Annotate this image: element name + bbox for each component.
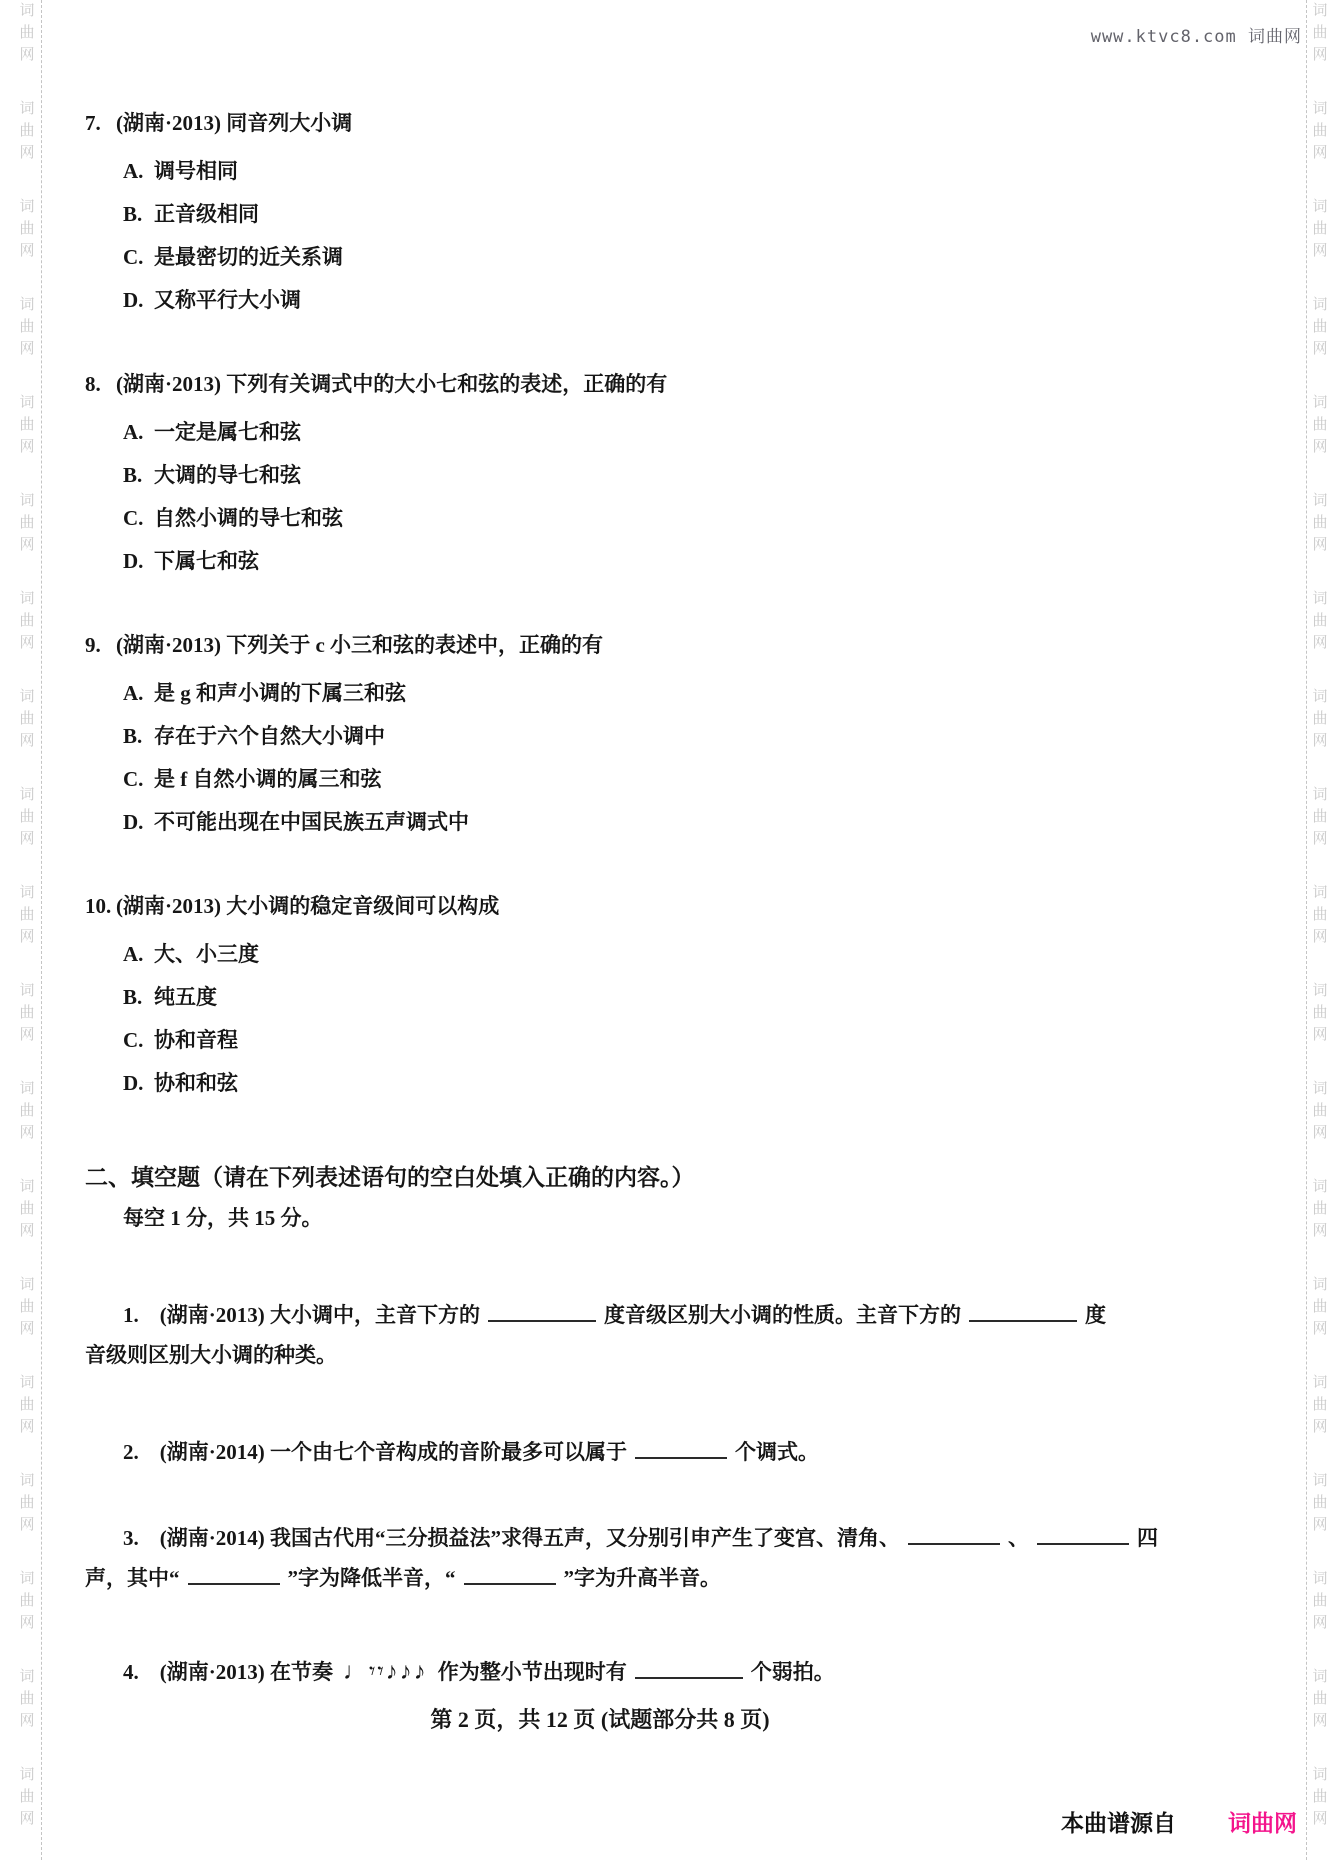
option-text: 调号相同 bbox=[154, 159, 238, 183]
watermark-char: 曲 bbox=[1312, 1492, 1327, 1514]
watermark-char: 词 bbox=[19, 392, 34, 414]
option-a: A.调号相同 bbox=[85, 156, 1301, 186]
blank-field bbox=[969, 1298, 1077, 1322]
option-b: B.纯五度 bbox=[85, 982, 1301, 1012]
watermark-char: 曲 bbox=[1312, 120, 1327, 142]
watermark-char: 曲 bbox=[19, 1198, 34, 1220]
option-text: 是最密切的近关系调 bbox=[154, 245, 343, 269]
question-text: (湖南·2013) 下列关于 c 小三和弦的表述中，正确的有 bbox=[116, 633, 603, 657]
watermark-char: 词 bbox=[1312, 392, 1327, 414]
blank-field bbox=[464, 1561, 556, 1585]
watermark-char: 曲 bbox=[19, 1786, 34, 1808]
question-stem: 10.(湖南·2013) 大小调的稳定音级间可以构成 bbox=[85, 891, 1301, 921]
watermark-char: 曲 bbox=[19, 610, 34, 632]
option-text: 大调的导七和弦 bbox=[154, 463, 301, 487]
watermark-char: 曲 bbox=[1312, 1002, 1327, 1024]
fill-text: 个弱拍。 bbox=[751, 1660, 835, 1684]
option-label: B. bbox=[123, 460, 154, 490]
watermark-char: 曲 bbox=[19, 512, 34, 534]
watermark-char: 曲 bbox=[1312, 610, 1327, 632]
watermark-char: 曲 bbox=[19, 218, 34, 240]
watermark-char: 词 bbox=[1312, 1372, 1327, 1394]
watermark-char: 网 bbox=[19, 436, 34, 458]
watermark-char: 网 bbox=[1312, 1024, 1327, 1046]
watermark-char: 网 bbox=[1312, 926, 1327, 948]
watermark-char: 网 bbox=[1312, 632, 1327, 654]
option-text: 是 f 自然小调的属三和弦 bbox=[154, 767, 382, 791]
option-label: C. bbox=[123, 1025, 154, 1055]
watermark-char: 词 bbox=[19, 1568, 34, 1590]
watermark-char: 词 bbox=[19, 1666, 34, 1688]
fill-text: 个调式。 bbox=[735, 1440, 819, 1464]
fill-question-3: 3. (湖南·2014) 我国古代用“三分损益法”求得五声，又分别引申产生了变宫… bbox=[85, 1518, 1301, 1598]
watermark-char: 词 bbox=[1312, 686, 1327, 708]
watermark-char: 曲 bbox=[19, 806, 34, 828]
watermark-char: 网 bbox=[1312, 338, 1327, 360]
fill-question-4: 4. (湖南·2013) 在节奏♩𝄾𝄾♪♪♪作为整小节出现时有个弱拍。 bbox=[85, 1652, 1301, 1692]
watermark-char: 网 bbox=[1312, 436, 1327, 458]
watermark-char: 网 bbox=[1312, 1514, 1327, 1536]
question-number: 10. bbox=[85, 891, 116, 921]
watermark-char: 网 bbox=[1312, 730, 1327, 752]
right-watermark-column: 词曲网词曲网词曲网词曲网词曲网词曲网词曲网词曲网词曲网词曲网词曲网词曲网词曲网词… bbox=[1310, 0, 1330, 1860]
fill-section-note: 每空 1 分，共 15 分。 bbox=[85, 1203, 1301, 1233]
watermark-char: 词 bbox=[19, 98, 34, 120]
watermark-char: 网 bbox=[1312, 828, 1327, 850]
question-number: 9. bbox=[85, 630, 116, 660]
page-number-footer: 第 2 页，共 12 页 (试题部分共 8 页) bbox=[85, 1704, 1115, 1736]
option-text: 自然小调的导七和弦 bbox=[154, 506, 343, 530]
option-label: D. bbox=[123, 546, 154, 576]
watermark-char: 曲 bbox=[1312, 512, 1327, 534]
brand-logo-text: 词曲网 bbox=[1228, 1810, 1297, 1836]
option-label: A. bbox=[123, 678, 154, 708]
watermark-char: 曲 bbox=[19, 708, 34, 730]
watermark-char: 网 bbox=[19, 44, 34, 66]
watermark-char: 词 bbox=[1312, 1176, 1327, 1198]
watermark-char: 网 bbox=[19, 1024, 34, 1046]
question-text: (湖南·2013) 下列有关调式中的大小七和弦的表述，正确的有 bbox=[116, 372, 667, 396]
fill-question-line: 音级则区别大小调的种类。 bbox=[85, 1335, 1301, 1375]
watermark-char: 词 bbox=[19, 784, 34, 806]
watermark-char: 词 bbox=[1312, 1470, 1327, 1492]
watermark-char: 词 bbox=[19, 980, 34, 1002]
option-a: A.一定是属七和弦 bbox=[85, 417, 1301, 447]
option-text: 协和和弦 bbox=[154, 1071, 238, 1095]
watermark-char: 词 bbox=[1312, 588, 1327, 610]
blank-field bbox=[635, 1655, 743, 1679]
watermark-char: 词 bbox=[19, 1372, 34, 1394]
watermark-char: 网 bbox=[1312, 1318, 1327, 1340]
blank-field bbox=[488, 1298, 596, 1322]
question-8: 8.(湖南·2013) 下列有关调式中的大小七和弦的表述，正确的有 A.一定是属… bbox=[85, 369, 1301, 576]
option-label: A. bbox=[123, 156, 154, 186]
watermark-char: 曲 bbox=[1312, 806, 1327, 828]
option-c: C.自然小调的导七和弦 bbox=[85, 503, 1301, 533]
watermark-char: 网 bbox=[1312, 44, 1327, 66]
option-label: C. bbox=[123, 503, 154, 533]
watermark-char: 网 bbox=[19, 1710, 34, 1732]
question-stem: 8.(湖南·2013) 下列有关调式中的大小七和弦的表述，正确的有 bbox=[85, 369, 1301, 399]
rhythm-notation: ♩𝄾𝄾♪♪♪ bbox=[343, 1659, 428, 1685]
watermark-char: 词 bbox=[1312, 1568, 1327, 1590]
option-d: D.协和和弦 bbox=[85, 1068, 1301, 1098]
option-c: C.协和音程 bbox=[85, 1025, 1301, 1055]
watermark-char: 曲 bbox=[19, 1296, 34, 1318]
watermark-char: 曲 bbox=[1312, 1394, 1327, 1416]
source-prefix: 本曲谱源自 bbox=[1061, 1810, 1176, 1836]
fill-question-2: 2. (湖南·2014) 一个由七个音构成的音阶最多可以属于个调式。 bbox=[85, 1432, 1301, 1472]
watermark-char: 词 bbox=[1312, 1274, 1327, 1296]
watermark-char: 网 bbox=[19, 1122, 34, 1144]
watermark-char: 网 bbox=[1312, 142, 1327, 164]
fill-text: 作为整小节出现时有 bbox=[438, 1660, 627, 1684]
option-b: B.正音级相同 bbox=[85, 199, 1301, 229]
watermark-char: 词 bbox=[19, 294, 34, 316]
option-label: B. bbox=[123, 721, 154, 751]
watermark-char: 曲 bbox=[1312, 414, 1327, 436]
watermark-char: 曲 bbox=[19, 1492, 34, 1514]
watermark-char: 网 bbox=[19, 632, 34, 654]
option-d: D.又称平行大小调 bbox=[85, 285, 1301, 315]
option-label: B. bbox=[123, 199, 154, 229]
option-text: 又称平行大小调 bbox=[154, 288, 301, 312]
source-credit: 本曲谱源自词曲网 bbox=[1061, 1805, 1297, 1838]
fill-question-1: 1. (湖南·2013) 大小调中，主音下方的度音级区别大小调的性质。主音下方的… bbox=[85, 1295, 1301, 1375]
watermark-char: 曲 bbox=[1312, 1590, 1327, 1612]
watermark-char: 网 bbox=[19, 1318, 34, 1340]
watermark-char: 网 bbox=[1312, 1122, 1327, 1144]
watermark-char: 曲 bbox=[19, 904, 34, 926]
fill-question-line: 1. (湖南·2013) 大小调中，主音下方的度音级区别大小调的性质。主音下方的… bbox=[85, 1295, 1301, 1335]
left-dashed-divider bbox=[41, 0, 42, 1860]
watermark-char: 网 bbox=[19, 338, 34, 360]
watermark-char: 曲 bbox=[1312, 1198, 1327, 1220]
watermark-char: 网 bbox=[1312, 240, 1327, 262]
watermark-char: 词 bbox=[19, 196, 34, 218]
watermark-char: 网 bbox=[19, 534, 34, 556]
option-text: 不可能出现在中国民族五声调式中 bbox=[154, 810, 469, 834]
watermark-char: 曲 bbox=[19, 316, 34, 338]
option-b: B.存在于六个自然大小调中 bbox=[85, 721, 1301, 751]
option-text: 协和音程 bbox=[154, 1028, 238, 1052]
option-label: B. bbox=[123, 982, 154, 1012]
watermark-char: 词 bbox=[1312, 1078, 1327, 1100]
watermark-char: 词 bbox=[1312, 294, 1327, 316]
watermark-char: 词 bbox=[1312, 980, 1327, 1002]
option-text: 正音级相同 bbox=[154, 202, 259, 226]
option-d: D.下属七和弦 bbox=[85, 546, 1301, 576]
fill-text: 4. (湖南·2013) 在节奏 bbox=[123, 1660, 333, 1684]
watermark-char: 曲 bbox=[19, 1100, 34, 1122]
watermark-char: 网 bbox=[1312, 1220, 1327, 1242]
question-text: (湖南·2013) 同音列大小调 bbox=[116, 111, 352, 135]
fill-text: 2. (湖南·2014) 一个由七个音构成的音阶最多可以属于 bbox=[123, 1440, 627, 1464]
watermark-char: 词 bbox=[19, 686, 34, 708]
watermark-char: 网 bbox=[19, 1514, 34, 1536]
watermark-char: 词 bbox=[19, 882, 34, 904]
watermark-char: 词 bbox=[19, 0, 34, 22]
option-b: B.大调的导七和弦 bbox=[85, 460, 1301, 490]
watermark-char: 词 bbox=[1312, 98, 1327, 120]
site-header-text: www.ktvc8.com 词曲网 bbox=[1091, 22, 1302, 47]
fill-text: ”字为降低半音，“ bbox=[288, 1566, 456, 1590]
watermark-char: 词 bbox=[19, 1274, 34, 1296]
watermark-char: 曲 bbox=[19, 414, 34, 436]
option-label: A. bbox=[123, 417, 154, 447]
blank-field bbox=[635, 1435, 727, 1459]
fill-text: 声，其中“ bbox=[85, 1566, 180, 1590]
option-label: D. bbox=[123, 285, 154, 315]
watermark-char: 网 bbox=[19, 1808, 34, 1830]
watermark-char: 曲 bbox=[1312, 1100, 1327, 1122]
watermark-char: 词 bbox=[19, 1078, 34, 1100]
watermark-char: 词 bbox=[19, 1470, 34, 1492]
blank-field bbox=[908, 1521, 1000, 1545]
watermark-char: 词 bbox=[19, 490, 34, 512]
watermark-char: 曲 bbox=[1312, 22, 1327, 44]
option-text: 纯五度 bbox=[154, 985, 217, 1009]
fill-section-heading: 二、填空题（请在下列表述语句的空白处填入正确的内容。） bbox=[85, 1160, 1301, 1194]
option-d: D.不可能出现在中国民族五声调式中 bbox=[85, 807, 1301, 837]
watermark-char: 曲 bbox=[19, 120, 34, 142]
watermark-char: 曲 bbox=[1312, 708, 1327, 730]
fill-question-line: 声，其中“”字为降低半音，“”字为升高半音。 bbox=[85, 1558, 1301, 1598]
question-7: 7.(湖南·2013) 同音列大小调 A.调号相同 B.正音级相同 C.是最密切… bbox=[85, 108, 1301, 315]
watermark-char: 网 bbox=[1312, 1808, 1327, 1830]
question-stem: 9.(湖南·2013) 下列关于 c 小三和弦的表述中，正确的有 bbox=[85, 630, 1301, 660]
watermark-char: 词 bbox=[19, 588, 34, 610]
watermark-char: 曲 bbox=[1312, 316, 1327, 338]
option-c: C.是最密切的近关系调 bbox=[85, 242, 1301, 272]
blank-field bbox=[188, 1561, 280, 1585]
question-9: 9.(湖南·2013) 下列关于 c 小三和弦的表述中，正确的有 A.是 g 和… bbox=[85, 630, 1301, 837]
right-dashed-divider bbox=[1306, 0, 1307, 1860]
watermark-char: 网 bbox=[19, 926, 34, 948]
fill-text: 四 bbox=[1137, 1526, 1158, 1550]
blank-field bbox=[1037, 1521, 1129, 1545]
option-label: A. bbox=[123, 939, 154, 969]
question-text: (湖南·2013) 大小调的稳定音级间可以构成 bbox=[116, 894, 499, 918]
option-text: 存在于六个自然大小调中 bbox=[154, 724, 385, 748]
watermark-char: 网 bbox=[19, 142, 34, 164]
watermark-char: 词 bbox=[19, 1176, 34, 1198]
question-stem: 7.(湖南·2013) 同音列大小调 bbox=[85, 108, 1301, 138]
option-label: C. bbox=[123, 242, 154, 272]
fill-question-line: 3. (湖南·2014) 我国古代用“三分损益法”求得五声，又分别引申产生了变宫… bbox=[85, 1518, 1301, 1558]
exam-page-content: 7.(湖南·2013) 同音列大小调 A.调号相同 B.正音级相同 C.是最密切… bbox=[85, 108, 1301, 1736]
left-watermark-column: 词曲网词曲网词曲网词曲网词曲网词曲网词曲网词曲网词曲网词曲网词曲网词曲网词曲网词… bbox=[17, 0, 37, 1860]
fill-text: 、 bbox=[1008, 1526, 1029, 1550]
watermark-char: 网 bbox=[19, 1416, 34, 1438]
fill-text: 度音级区别大小调的性质。主音下方的 bbox=[604, 1303, 961, 1327]
watermark-char: 网 bbox=[19, 828, 34, 850]
option-text: 大、小三度 bbox=[154, 942, 259, 966]
watermark-char: 网 bbox=[1312, 1710, 1327, 1732]
question-number: 7. bbox=[85, 108, 116, 138]
watermark-char: 网 bbox=[1312, 1416, 1327, 1438]
question-number: 8. bbox=[85, 369, 116, 399]
watermark-char: 网 bbox=[19, 240, 34, 262]
fill-text: 3. (湖南·2014) 我国古代用“三分损益法”求得五声，又分别引申产生了变宫… bbox=[123, 1526, 900, 1550]
watermark-char: 词 bbox=[1312, 1666, 1327, 1688]
watermark-char: 网 bbox=[1312, 534, 1327, 556]
option-label: D. bbox=[123, 1068, 154, 1098]
option-text: 是 g 和声小调的下属三和弦 bbox=[154, 681, 406, 705]
watermark-char: 曲 bbox=[19, 1002, 34, 1024]
watermark-char: 网 bbox=[19, 1612, 34, 1634]
watermark-char: 网 bbox=[1312, 1612, 1327, 1634]
watermark-char: 曲 bbox=[1312, 1688, 1327, 1710]
watermark-char: 词 bbox=[1312, 0, 1327, 22]
watermark-char: 曲 bbox=[1312, 1786, 1327, 1808]
watermark-char: 词 bbox=[1312, 784, 1327, 806]
watermark-char: 曲 bbox=[1312, 1296, 1327, 1318]
watermark-char: 词 bbox=[1312, 882, 1327, 904]
fill-text: 1. (湖南·2013) 大小调中，主音下方的 bbox=[123, 1303, 480, 1327]
fill-text: 度 bbox=[1085, 1303, 1106, 1327]
watermark-char: 网 bbox=[19, 730, 34, 752]
watermark-char: 曲 bbox=[19, 1394, 34, 1416]
question-10: 10.(湖南·2013) 大小调的稳定音级间可以构成 A.大、小三度 B.纯五度… bbox=[85, 891, 1301, 1098]
watermark-char: 词 bbox=[19, 1764, 34, 1786]
watermark-char: 网 bbox=[19, 1220, 34, 1242]
watermark-char: 曲 bbox=[19, 1590, 34, 1612]
watermark-char: 词 bbox=[1312, 196, 1327, 218]
watermark-char: 词 bbox=[1312, 490, 1327, 512]
fill-text: ”字为升高半音。 bbox=[564, 1566, 722, 1590]
option-text: 下属七和弦 bbox=[154, 549, 259, 573]
watermark-char: 曲 bbox=[1312, 218, 1327, 240]
option-a: A.大、小三度 bbox=[85, 939, 1301, 969]
option-label: C. bbox=[123, 764, 154, 794]
watermark-char: 曲 bbox=[19, 22, 34, 44]
option-text: 一定是属七和弦 bbox=[154, 420, 301, 444]
option-a: A.是 g 和声小调的下属三和弦 bbox=[85, 678, 1301, 708]
watermark-char: 曲 bbox=[1312, 904, 1327, 926]
option-c: C.是 f 自然小调的属三和弦 bbox=[85, 764, 1301, 794]
watermark-char: 曲 bbox=[19, 1688, 34, 1710]
option-label: D. bbox=[123, 807, 154, 837]
watermark-char: 词 bbox=[1312, 1764, 1327, 1786]
